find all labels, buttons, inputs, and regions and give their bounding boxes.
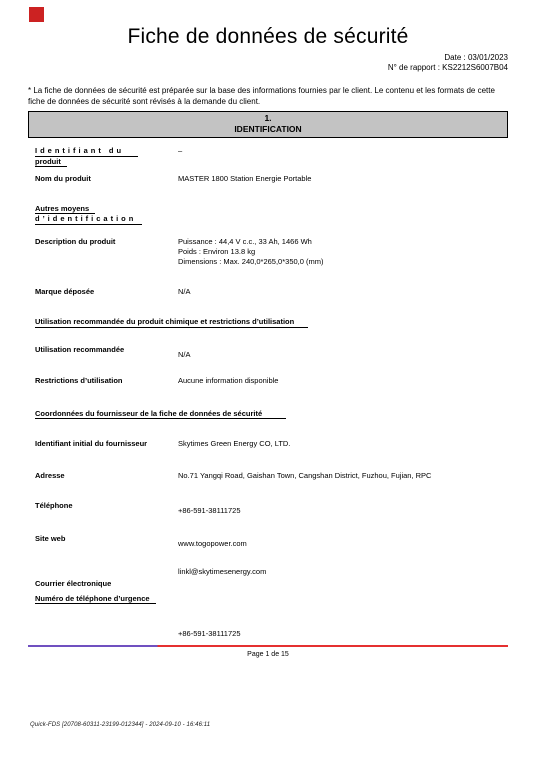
other-means-label-line1: Autres moyens	[35, 204, 95, 215]
supplier-identifier-value: Skytimes Green Energy CO, LTD.	[178, 439, 508, 449]
phone-label: Téléphone	[35, 501, 178, 511]
product-identifier-label-line1: Identifiant du	[35, 146, 138, 157]
field-use-restrictions: Restrictions d’utilisation Aucune inform…	[35, 376, 508, 386]
document-title: Fiche de données de sécurité	[0, 0, 536, 49]
section-number: 1.	[29, 113, 507, 124]
sds-page: Fiche de données de sécurité Date : 03/0…	[0, 0, 536, 758]
recommended-use-value: N/A	[178, 345, 508, 360]
trademark-label: Marque déposée	[35, 287, 178, 297]
description-weight: Poids : Environ 13.8 kg	[178, 247, 508, 257]
field-website: Site web www.togopower.com	[35, 534, 508, 549]
field-product-description: Description du produit Puissance : 44,4 …	[35, 237, 508, 267]
emergency-phone-value: +86-591-38111725	[178, 629, 508, 639]
supplier-identifier-label: Identifiant initial du fournisseur	[35, 439, 178, 449]
use-restrictions-label: Restrictions d’utilisation	[35, 376, 178, 386]
emergency-phone-heading: Numéro de téléphone d’urgence	[35, 594, 508, 605]
supplier-heading: Coordonnées du fournisseur de la fiche d…	[35, 409, 508, 420]
product-description-value: Puissance : 44,4 V c.c., 33 Ah, 1466 Wh …	[178, 237, 508, 267]
email-value: linkl@skytimesenergy.com	[178, 567, 508, 577]
trademark-value: N/A	[178, 287, 508, 297]
field-other-means: Autres moyens d’identification	[35, 204, 508, 225]
page-number: Page 1 de 15	[0, 651, 536, 658]
product-identifier-label-line2: produit	[35, 157, 67, 168]
field-product-identifier: Identifiant du produit –	[35, 146, 508, 167]
recommended-use-heading: Utilisation recommandée du produit chimi…	[35, 317, 508, 328]
product-description-label: Description du produit	[35, 237, 178, 247]
other-means-label-line2: d’identification	[35, 214, 142, 225]
website-value: www.togopower.com	[178, 534, 508, 549]
description-dimensions: Dimensions : Max. 240,0*265,0*350,0 (mm)	[178, 257, 508, 267]
use-restrictions-value: Aucune information disponible	[178, 376, 508, 386]
report-number: N° de rapport : KS2212S6007B04	[0, 63, 508, 73]
field-email: Courrier électronique linkl@skytimesener…	[35, 567, 508, 589]
address-label: Adresse	[35, 471, 178, 481]
product-identifier-value: –	[178, 146, 508, 156]
field-supplier-identifier: Identifiant initial du fournisseur Skyti…	[35, 439, 508, 449]
phone-value: +86-591-38111725	[178, 501, 508, 516]
section-title: IDENTIFICATION	[29, 124, 507, 135]
product-name-label: Nom du produit	[35, 174, 178, 184]
recommended-use-label: Utilisation recommandée	[35, 345, 178, 355]
field-product-name: Nom du produit MASTER 1800 Station Energ…	[35, 174, 508, 184]
divider-line	[28, 645, 508, 647]
red-corner-mark	[29, 7, 44, 22]
product-name-value: MASTER 1800 Station Energie Portable	[178, 174, 508, 184]
field-emergency-phone: +86-591-38111725	[35, 629, 508, 639]
field-address: Adresse No.71 Yangqi Road, Gaishan Town,…	[35, 471, 508, 481]
website-label: Site web	[35, 534, 178, 544]
identification-content: Identifiant du produit – Nom du produit …	[35, 146, 508, 639]
field-trademark: Marque déposée N/A	[35, 287, 508, 297]
email-label: Courrier électronique	[35, 567, 178, 589]
document-meta: Date : 03/01/2023 N° de rapport : KS2212…	[0, 53, 536, 73]
quickfds-stamp: Quick-FDS [20708-60311-23199-012344] - 2…	[30, 722, 210, 728]
description-power: Puissance : 44,4 V c.c., 33 Ah, 1466 Wh	[178, 237, 508, 247]
field-phone: Téléphone +86-591-38111725	[35, 501, 508, 516]
date-value: Date : 03/01/2023	[0, 53, 508, 63]
product-identifier-label: Identifiant du produit	[35, 146, 178, 167]
section-1-header: 1. IDENTIFICATION	[28, 111, 508, 138]
field-recommended-use: Utilisation recommandée N/A	[35, 345, 508, 360]
other-means-label: Autres moyens d’identification	[35, 204, 178, 225]
client-disclaimer: * La fiche de données de sécurité est pr…	[28, 86, 508, 107]
address-value: No.71 Yangqi Road, Gaishan Town, Cangsha…	[178, 471, 508, 481]
